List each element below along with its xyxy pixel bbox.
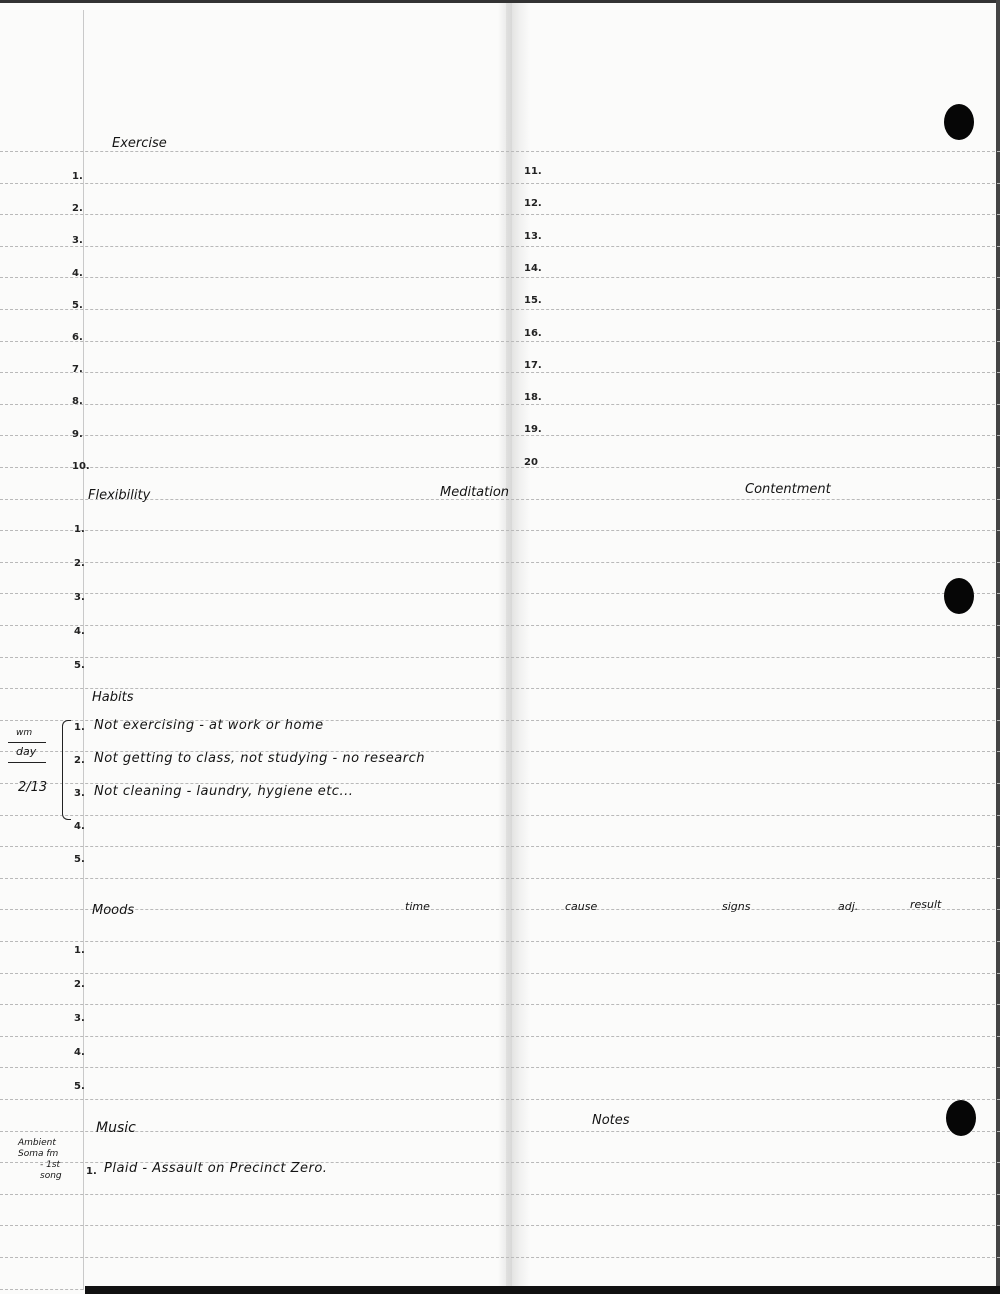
moods-column-signs: signs — [722, 900, 750, 913]
ruled-line — [0, 688, 1000, 689]
ruled-line — [0, 341, 1000, 342]
punch-hole — [944, 104, 974, 140]
ruled-line — [0, 973, 1000, 974]
ruled-line — [0, 1004, 1000, 1005]
ruled-line — [0, 846, 1000, 847]
ruled-line — [0, 593, 1000, 594]
habit-number: 3. — [74, 788, 85, 799]
meditation-title: Meditation — [440, 485, 509, 500]
ruled-line — [0, 941, 1000, 942]
moods-title: Moods — [92, 903, 134, 918]
page-top-edge — [0, 0, 1000, 3]
line-number: 2. — [74, 558, 85, 569]
habits-title: Habits — [92, 690, 133, 705]
ruled-line — [0, 1131, 1000, 1132]
ruled-line — [0, 1099, 1000, 1100]
ruled-line — [0, 1225, 1000, 1226]
line-number: 10. — [72, 461, 90, 472]
ruled-line — [0, 183, 1000, 184]
punch-hole — [944, 578, 974, 614]
line-number: 4. — [74, 626, 85, 637]
line-number: 7. — [72, 364, 83, 375]
ruled-line — [0, 815, 1000, 816]
habit-number: 2. — [74, 755, 85, 766]
line-number: 14. — [524, 263, 542, 274]
line-number: 17. — [524, 360, 542, 371]
habit-text: Not exercising - at work or home — [94, 718, 324, 733]
punch-hole — [946, 1100, 976, 1136]
line-number: 5. — [72, 300, 83, 311]
ruled-line — [0, 625, 1000, 626]
ruled-line — [0, 467, 1000, 468]
ruled-line — [0, 277, 1000, 278]
line-number: 5. — [74, 660, 85, 671]
ruled-line — [0, 309, 1000, 310]
moods-column-result: result — [910, 898, 941, 911]
line-number: 16. — [524, 328, 542, 339]
line-number: 3. — [74, 1013, 85, 1024]
line-number: 4. — [74, 1047, 85, 1058]
margin-line — [83, 10, 84, 1290]
ruled-line — [0, 404, 1000, 405]
line-number: 13. — [524, 231, 542, 242]
line-number: 3. — [74, 592, 85, 603]
line-number: 15. — [524, 295, 542, 306]
line-number: 11. — [524, 166, 542, 177]
music-side-note-line: song — [40, 1171, 62, 1182]
line-number: 5. — [74, 1081, 85, 1092]
contentment-title: Contentment — [745, 482, 831, 497]
music-number: 1. — [86, 1166, 97, 1177]
music-side-note-line: Soma fm — [18, 1149, 58, 1160]
habit-number: 5. — [74, 854, 85, 865]
line-number: 4. — [72, 268, 83, 279]
line-number: 2. — [74, 979, 85, 990]
fraction-line — [8, 742, 46, 743]
line-number: 18. — [524, 392, 542, 403]
line-number: 1. — [74, 945, 85, 956]
moods-column-adj: adj. — [838, 900, 858, 913]
habit-text: Not getting to class, not studying - no … — [94, 751, 425, 766]
side-note-middle: day — [16, 746, 36, 757]
line-number: 1. — [72, 171, 83, 182]
habit-text: Not cleaning - laundry, hygiene etc... — [94, 784, 353, 799]
flexibility-title: Flexibility — [88, 488, 150, 503]
side-note-date: 2/13 — [18, 780, 47, 795]
ruled-line — [0, 435, 1000, 436]
ruled-line — [0, 1194, 1000, 1195]
moods-column-cause: cause — [565, 900, 597, 913]
ruled-line — [0, 372, 1000, 373]
ruled-line — [0, 1067, 1000, 1068]
fraction-line — [8, 762, 46, 763]
page-bottom-edge — [85, 1286, 1000, 1294]
ruled-line — [0, 657, 1000, 658]
line-number: 6. — [72, 332, 83, 343]
bracket — [62, 720, 71, 820]
line-number: 8. — [72, 396, 83, 407]
line-number: 1. — [74, 524, 85, 535]
notes-title: Notes — [592, 1113, 630, 1128]
exercise-title: Exercise — [112, 136, 167, 151]
music-side-note-line: Ambient — [18, 1138, 56, 1149]
line-number: 20 — [524, 457, 538, 468]
ruled-line — [0, 878, 1000, 879]
habit-number: 1. — [74, 722, 85, 733]
ruled-line — [0, 530, 1000, 531]
line-number: 2. — [72, 203, 83, 214]
music-entry: Plaid - Assault on Precinct Zero. — [104, 1161, 327, 1176]
moods-column-time: time — [405, 900, 430, 913]
line-number: 9. — [72, 429, 83, 440]
side-note-top: wm — [16, 728, 32, 739]
line-number: 3. — [72, 235, 83, 246]
ruled-line — [0, 562, 1000, 563]
ruled-line — [0, 151, 1000, 152]
ruled-line — [0, 214, 1000, 215]
line-number: 12. — [524, 198, 542, 209]
music-side-note-line: - 1st — [40, 1160, 60, 1171]
habit-number: 4. — [74, 821, 85, 832]
music-title: Music — [96, 1120, 136, 1136]
ruled-line — [0, 246, 1000, 247]
ruled-line — [0, 1257, 1000, 1258]
line-number: 19. — [524, 424, 542, 435]
ruled-line — [0, 1036, 1000, 1037]
